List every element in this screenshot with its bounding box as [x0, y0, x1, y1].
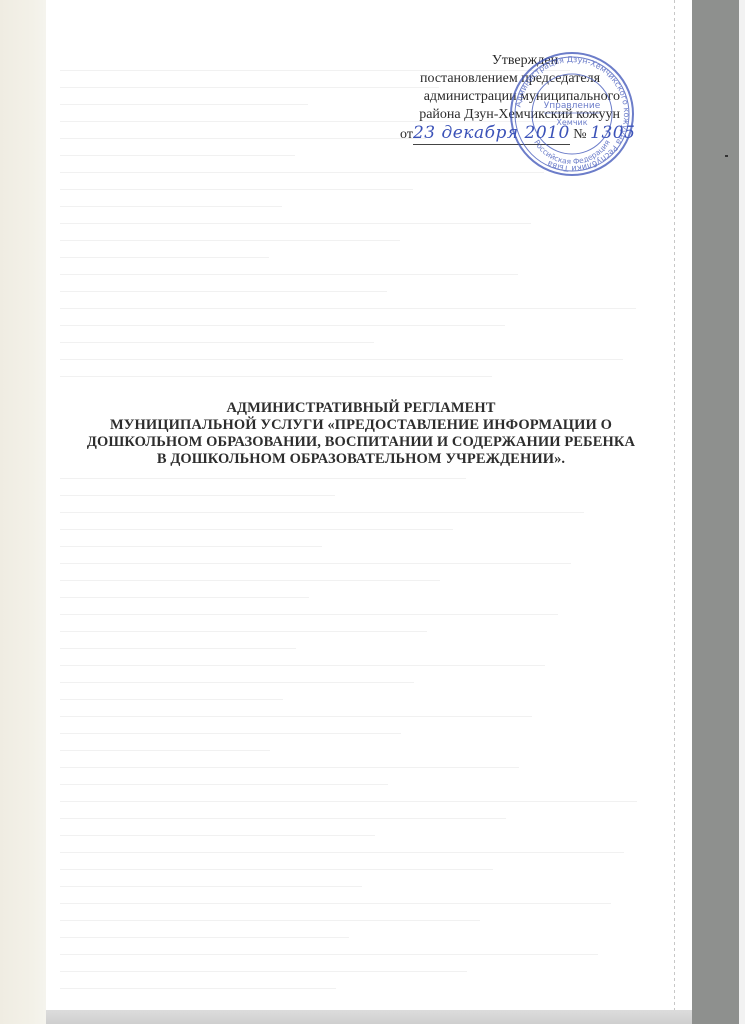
scan-left-margin — [0, 0, 46, 1024]
bleed-through-line — [60, 580, 440, 581]
bleed-through-line — [60, 614, 558, 615]
bleed-through-line — [60, 172, 544, 173]
bleed-through-line — [60, 648, 296, 649]
bleed-through-line — [60, 189, 413, 190]
bleed-through-line — [60, 665, 545, 666]
bleed-through-line — [60, 869, 493, 870]
bleed-through-line — [60, 308, 636, 309]
bleed-through-line — [60, 801, 637, 802]
approval-line: района Дзун-Хемчикский кожуун — [400, 106, 620, 124]
bleed-through-line — [60, 155, 295, 156]
approval-block: Утвержден постановлением председателя ад… — [400, 52, 620, 145]
document-title: АДМИНИСТРАТИВНЫЙ РЕГЛАМЕНТ МУНИЦИПАЛЬНОЙ… — [46, 400, 676, 468]
bleed-through-line — [60, 291, 387, 292]
scan-bottom-edge — [46, 1010, 745, 1024]
bleed-through-line — [60, 937, 349, 938]
handwritten-number: 1305 — [590, 123, 635, 143]
approval-date-line: от23 декабря 2010 № 1305 — [400, 124, 620, 145]
bleed-through-line — [60, 818, 506, 819]
bleed-through-line — [60, 342, 374, 343]
bleed-through-line — [60, 257, 269, 258]
bleed-through-line — [60, 784, 388, 785]
bleed-through-line — [60, 716, 532, 717]
bleed-through-line — [60, 852, 624, 853]
bleed-through-line — [60, 835, 375, 836]
page-fold-line — [674, 0, 675, 1010]
date-field: 23 декабря 2010 — [413, 124, 570, 145]
scan-speck — [725, 155, 728, 157]
bleed-through-line — [60, 597, 309, 598]
bleed-through-line — [60, 104, 308, 105]
bleed-through-line — [60, 325, 505, 326]
title-line: АДМИНИСТРАТИВНЫЙ РЕГЛАМЕНТ — [46, 400, 676, 417]
document-page — [46, 0, 692, 1012]
approval-line: администрации муниципального — [400, 88, 620, 106]
bleed-through-line — [60, 240, 400, 241]
bleed-through-line — [60, 903, 611, 904]
bleed-through-line — [60, 206, 282, 207]
date-prefix: от — [400, 127, 413, 142]
bleed-through-line — [60, 546, 322, 547]
bleed-through-line — [60, 920, 480, 921]
bleed-through-line — [60, 682, 414, 683]
bleed-through-line — [60, 529, 453, 530]
bleed-through-line — [60, 563, 571, 564]
bleed-through-line — [60, 359, 623, 360]
bleed-through-line — [60, 750, 270, 751]
bleed-through-line — [60, 495, 335, 496]
title-line: В ДОШКОЛЬНОМ ОБРАЗОВАТЕЛЬНОМ УЧРЕЖДЕНИИ»… — [46, 451, 676, 468]
bleed-through-line — [60, 631, 427, 632]
approval-line: постановлением председателя — [400, 70, 620, 88]
bleed-through-line — [60, 988, 336, 989]
bleed-through-line — [60, 138, 426, 139]
bleed-through-line — [60, 886, 362, 887]
title-line: ДОШКОЛЬНОМ ОБРАЗОВАНИИ, ВОСПИТАНИИ И СОД… — [46, 434, 676, 451]
approval-line: Утвержден — [400, 52, 620, 70]
handwritten-date: 23 декабря 2010 — [413, 123, 570, 143]
bleed-through-line — [60, 767, 519, 768]
bleed-through-line — [60, 274, 518, 275]
number-label: № — [573, 127, 586, 142]
bleed-through-line — [60, 733, 401, 734]
bleed-through-line — [60, 971, 467, 972]
bleed-through-line — [60, 223, 531, 224]
bleed-through-line — [60, 699, 283, 700]
bleed-through-line — [60, 954, 598, 955]
bleed-through-line — [60, 87, 439, 88]
bleed-through-line — [60, 478, 466, 479]
bleed-through-line — [60, 512, 584, 513]
bleed-through-line — [60, 376, 492, 377]
title-line: МУНИЦИПАЛЬНОЙ УСЛУГИ «ПРЕДОСТАВЛЕНИЕ ИНФ… — [46, 417, 676, 434]
scan-right-background — [692, 0, 739, 1024]
scan-right-edge — [739, 0, 745, 1024]
